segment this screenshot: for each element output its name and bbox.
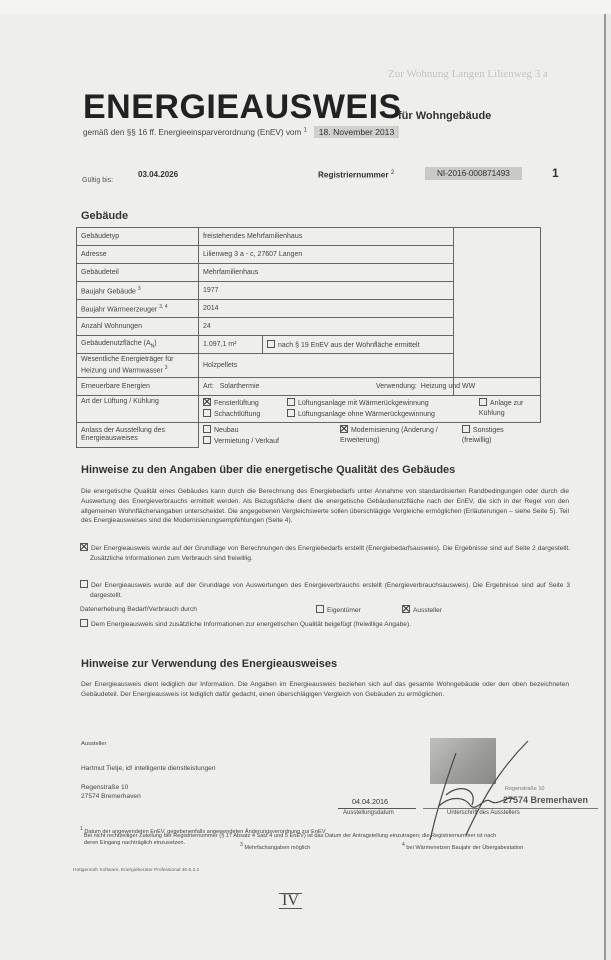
quality-notes-title: Hinweise zu den Angaben über die energet… [81, 464, 455, 476]
issuer-street: Regenstraße 10 [81, 784, 128, 791]
checkbox-modernisierung[interactable] [340, 425, 348, 433]
document-title: ENERGIEAUSWEIS [83, 90, 402, 124]
option-extra-info: Dem Energieausweis sind zusätzliche Info… [80, 619, 570, 630]
checkbox-energy-demand[interactable] [80, 543, 88, 551]
checkbox-fensterlueftung[interactable] [203, 398, 211, 406]
checkbox-owner[interactable] [316, 605, 324, 613]
issue-date-line [338, 808, 416, 809]
checkbox-energy-consumption[interactable] [80, 580, 88, 588]
building-table: Gebäudetyp freistehendes Mehrfamilienhau… [76, 227, 541, 448]
quality-notes-text: Die energetische Qualität eines Gebäudes… [81, 487, 569, 526]
issue-date: 04.04.2016 [352, 797, 388, 806]
handwritten-page-mark: IV [279, 893, 302, 909]
signature-icon [410, 735, 540, 845]
issuer-name: Hartmut Tietje, id! intelligente dienstl… [81, 765, 216, 772]
page-number: 1 [552, 166, 559, 180]
law-date: 18. November 2013 [314, 126, 399, 138]
checkbox-extra-info[interactable] [80, 619, 88, 627]
registration-number: NI-2016-000871493 [425, 167, 522, 180]
checkbox-lueftung-mit-wrg[interactable] [287, 398, 295, 406]
checkbox-wohnflaeche[interactable] [267, 340, 275, 348]
checkbox-sonstiges[interactable] [462, 425, 470, 433]
table-row: Gebäudetyp freistehendes Mehrfamilienhau… [77, 228, 541, 246]
table-row: Erneuerbare Energien Art: Solarthermie V… [77, 378, 541, 396]
footnote-3: 3 Mehrfachangaben möglich [240, 842, 310, 852]
checkbox-lueftung-ohne-wrg[interactable] [287, 409, 295, 417]
usage-notes-text: Der Energieausweis dient lediglich der I… [81, 680, 569, 700]
document-subtitle: für Wohngebäude [398, 110, 491, 122]
signature-label: Unterschrift des Ausstellers [447, 810, 520, 816]
checkbox-vermietung[interactable] [203, 436, 211, 444]
signature-line [423, 808, 598, 809]
issuer-label: Aussteller [81, 741, 106, 747]
table-row: Art der Lüftung / Kühlung Fensterlüftung… [77, 396, 541, 423]
issuer-city: 27574 Bremerhaven [81, 793, 141, 800]
law-reference: gemäß den §§ 16 ff. Energieeinsparverord… [83, 127, 399, 137]
checkbox-kuehlung[interactable] [479, 398, 487, 406]
option-energy-demand: Der Energieausweis wurde auf der Grundla… [80, 543, 570, 564]
scan-top-strip [0, 0, 611, 14]
building-section-title: Gebäude [81, 210, 128, 222]
checkbox-schachtlueftung[interactable] [203, 409, 211, 417]
registration-label: Registriernummer 2 [318, 170, 394, 180]
checkbox-neubau[interactable] [203, 425, 211, 433]
valid-until-value: 03.04.2026 [138, 170, 178, 179]
issue-date-label: Ausstellungsdatum [343, 810, 394, 816]
usage-notes-title: Hinweise zur Verwendung des Energieauswe… [81, 658, 337, 670]
valid-until-label: Gültig bis: [82, 177, 113, 184]
software-credit: Hottgenroth Software, Energieberater Pro… [73, 868, 199, 873]
table-row: Anlass der Ausstellung des Energieauswei… [77, 423, 541, 448]
data-collection-row: Datenerhebung Bedarf/Verbrauch durch Eig… [80, 605, 570, 615]
option-energy-consumption: Der Energieausweis wurde auf der Grundla… [80, 580, 570, 601]
bleed-through-text: Zur Wohnung Langen Lilienweg 3 a [388, 68, 548, 80]
footnote-4: 4 bei Wärmenetzen Baujahr der Übergabest… [402, 842, 523, 852]
checkbox-issuer[interactable] [402, 605, 410, 613]
building-photo-placeholder [454, 228, 541, 378]
